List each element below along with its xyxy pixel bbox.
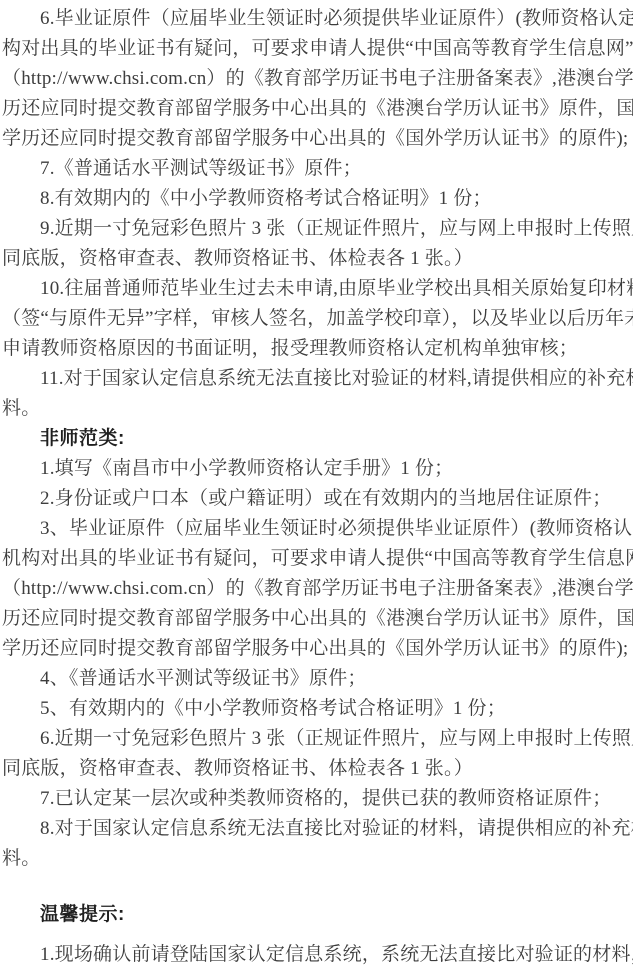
text-line: 历还应同时提交教育部留学服务中心出具的《港澳台学历认证书》原件，国外: [2, 94, 633, 124]
text-line: 料。: [2, 844, 633, 874]
text-line: 7.《普通话水平测试等级证书》原件；: [2, 154, 633, 184]
text-line: 同底版，资格审查表、教师资格证书、体检表各 1 张。）: [2, 244, 633, 274]
document-body: 6.毕业证原件（应届毕业生领证时必须提供毕业证原件）(教师资格认定机构对出具的毕…: [2, 4, 633, 970]
text-line: 3、毕业证原件（应届毕业生领证时必须提供毕业证原件）(教师资格认定: [2, 514, 633, 544]
text-line: 1.现场确认前请登陆国家认定信息系统，系统无法直接比对验证的材料，: [2, 940, 633, 970]
text-line: 构对出具的毕业证书有疑问，可要求申请人提供“中国高等教育学生信息网”: [2, 34, 633, 64]
text-line: 11.对于国家认定信息系统无法直接比对验证的材料,请提供相应的补充材: [2, 364, 633, 394]
text-line: 料。: [2, 394, 633, 424]
text-line: 6.近期一寸免冠彩色照片 3 张（正规证件照片，应与网上申报时上传照片: [2, 724, 633, 754]
text-line: 5、有效期内的《中小学教师资格考试合格证明》1 份；: [2, 694, 633, 724]
section-heading: 非师范类:: [2, 424, 633, 454]
section-heading: 温馨提示:: [2, 900, 633, 930]
text-line: 历还应同时提交教育部留学服务中心出具的《港澳台学历认证书》原件，国外: [2, 604, 633, 634]
text-line: 8.有效期内的《中小学教师资格考试合格证明》1 份；: [2, 184, 633, 214]
text-line: （http://www.chsi.com.cn）的《教育部学历证书电子注册备案表…: [2, 574, 633, 604]
text-line: （签“与原件无异”字样，审核人签名，加盖学校印章），以及毕业以后历年未: [2, 304, 633, 334]
text-line: 10.往届普通师范毕业生过去未申请,由原毕业学校出具相关原始复印材料: [2, 274, 633, 304]
text-line: （http://www.chsi.com.cn）的《教育部学历证书电子注册备案表…: [2, 64, 633, 94]
text-line: 2.身份证或户口本（或户籍证明）或在有效期内的当地居住证原件；: [2, 484, 633, 514]
text-line: 1.填写《南昌市中小学教师资格认定手册》1 份；: [2, 454, 633, 484]
text-line: 学历还应同时提交教育部留学服务中心出具的《国外学历认证书》的原件);: [2, 124, 633, 154]
document-page: 6.毕业证原件（应届毕业生领证时必须提供毕业证原件）(教师资格认定机构对出具的毕…: [0, 0, 635, 975]
text-line: 4、《普通话水平测试等级证书》原件；: [2, 664, 633, 694]
text-line: 机构对出具的毕业证书有疑问，可要求申请人提供“中国高等教育学生信息网”: [2, 544, 633, 574]
text-line: 9.近期一寸免冠彩色照片 3 张（正规证件照片，应与网上申报时上传照片: [2, 214, 633, 244]
text-line: 学历还应同时提交教育部留学服务中心出具的《国外学历认证书》的原件);: [2, 634, 633, 664]
text-line: 7.已认定某一层次或种类教师资格的，提供已获的教师资格证原件；: [2, 784, 633, 814]
text-line: 申请教师资格原因的书面证明，报受理教师资格认定机构单独审核；: [2, 334, 633, 364]
text-line: 同底版，资格审查表、教师资格证书、体检表各 1 张。）: [2, 754, 633, 784]
text-line: 6.毕业证原件（应届毕业生领证时必须提供毕业证原件）(教师资格认定机: [2, 4, 633, 34]
text-line: 8.对于国家认定信息系统无法直接比对验证的材料，请提供相应的补充材: [2, 814, 633, 844]
